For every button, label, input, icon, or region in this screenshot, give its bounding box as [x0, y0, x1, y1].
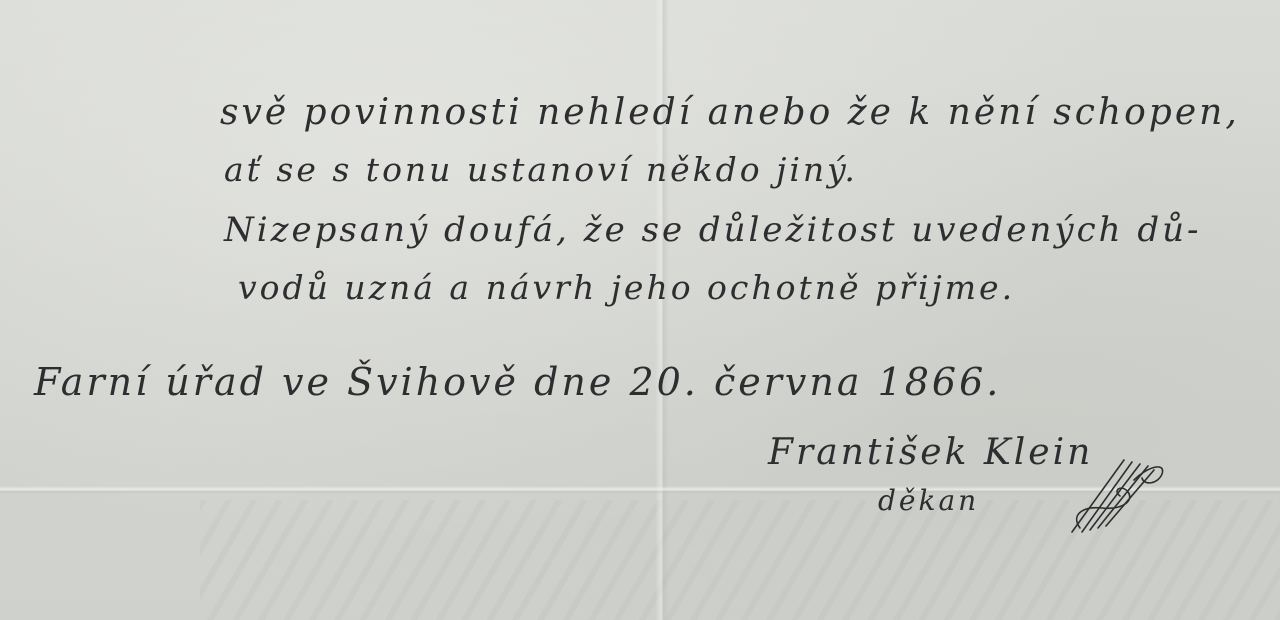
signature-name: František Klein: [768, 432, 1093, 473]
signature-title: děkan: [878, 484, 979, 517]
body-line-3: Nizepsaný doufá, že se důležitost uveden…: [224, 210, 1202, 250]
body-line-1: svě povinnosti nehledí anebo že k nění s…: [220, 92, 1240, 133]
place-and-date: Farní úřad ve Švihově dne 20. června 186…: [34, 360, 1001, 404]
signature-flourish-icon: [1062, 448, 1172, 538]
body-line-2: ať se s tonu ustanoví někdo jiný.: [224, 150, 858, 189]
body-line-4: vodů uzná a návrh jeho ochotně přijme.: [238, 268, 1015, 307]
paper-sheet: svě povinnosti nehledí anebo že k nění s…: [0, 0, 1280, 620]
